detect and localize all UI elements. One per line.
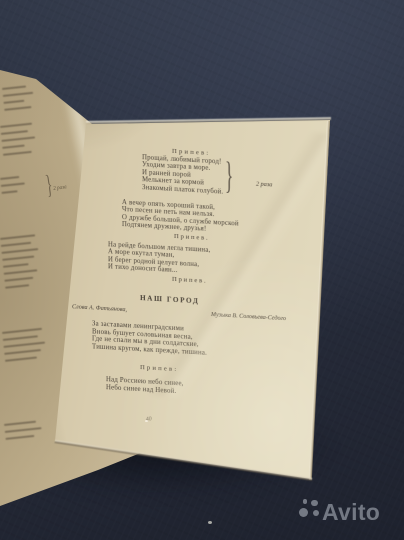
paper-speck <box>145 420 148 422</box>
left-page-text-lines <box>0 234 42 294</box>
refrain-mark: Припев. <box>174 233 209 242</box>
song-title: НАШ ГОРОД <box>140 294 199 305</box>
avito-watermark: Avito <box>296 498 400 536</box>
repeat-note: 2 раза <box>256 181 272 189</box>
refrain-heading: Припев: <box>140 364 178 373</box>
avito-wordmark: Avito <box>322 499 380 526</box>
dust-speck <box>208 521 212 524</box>
chorus-block: Прощай, любимый город! Уходим завтра в м… <box>142 154 223 196</box>
credits-row: Слова А. Фатьянова, Музыка В. Соловьева-… <box>72 304 286 322</box>
repeat-brace: } <box>225 157 233 195</box>
music-credit: Музыка В. Соловьева-Седого <box>211 312 286 322</box>
page-text: Припев: Прощай, любимый город! Уходим за… <box>86 121 332 499</box>
photo-open-songbook: } 2 раза Припев: Прощай, любимый город! … <box>0 0 404 540</box>
chorus-block: Над Россиею небо синее, Небо синее над Н… <box>106 376 184 396</box>
refrain-mark: Припев. <box>172 276 207 285</box>
avito-logo-icon <box>296 498 320 522</box>
left-repeat-brace: } <box>44 171 54 199</box>
verse-block: На рейде большом легла тишина, А море ок… <box>108 241 210 276</box>
left-repeat-note: 2 раза <box>53 184 67 192</box>
left-page-text-lines <box>0 175 26 198</box>
left-page-text-lines <box>2 328 47 367</box>
left-page-text-lines <box>4 420 43 445</box>
verse-block: За заставами ленинградскими Вновь бушует… <box>92 320 207 357</box>
verse-block: А вечер опять хороший такой, Что песен н… <box>122 199 239 235</box>
left-page-text-lines <box>2 85 35 116</box>
left-page-text-lines <box>0 122 37 160</box>
lyrics-credit: Слова А. Фатьянова, <box>72 304 127 313</box>
